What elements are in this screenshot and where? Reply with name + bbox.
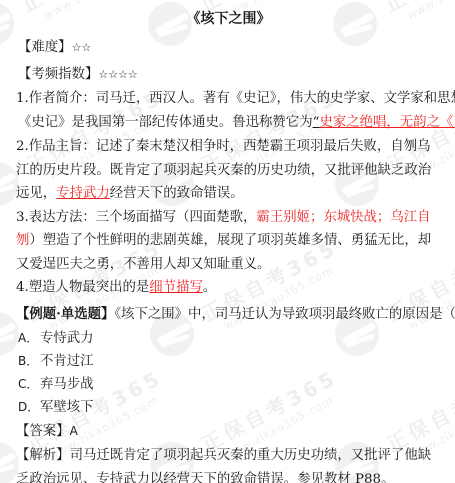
option-a: A．专恃武力 [18, 327, 439, 350]
answer-value: A [70, 424, 78, 438]
document-body: 《垓下之围》 【难度】☆☆ 【考频指数】☆☆☆☆ 1.作者简介：司马迁，西汉人。… [0, 0, 455, 483]
analysis-paragraph: 【解析】司马迁既肯定了项羽起兵灭秦的重大历史功绩，又批评了他缺乏政治远见、专持武… [16, 444, 439, 483]
difficulty-label: 【难度】 [18, 40, 72, 55]
document-title: 《垓下之围》 [18, 0, 439, 30]
question-text: 《垓下之围》中，司马迁认为导致项羽最终败亡的原因是（ ）。 [114, 307, 455, 322]
option-c: C．弃马步战 [18, 373, 439, 396]
point-1-shiji: 《史记》是我国第一部纪传体通史。鲁迅称赞它为“史家之绝唱，无韵之《离骚》”。 [18, 111, 439, 135]
answer-row: 【答案】A [16, 419, 439, 444]
frequency-label: 【考频指数】 [18, 67, 98, 82]
highlight-xijie-miaoxie: 细节描写 [149, 280, 203, 295]
frequency-stars-icon: ☆☆☆☆ [98, 68, 137, 81]
difficulty-row: 【难度】☆☆ [18, 36, 439, 60]
point-4-character: 4.塑造人物最突出的是细节描写。 [16, 276, 439, 300]
point-2-theme: 2.作品主旨：记述了秦末楚汉相争时，西楚霸王项羽最后失败，自刎乌江的历史片段。既… [16, 135, 439, 206]
frequency-row: 【考频指数】☆☆☆☆ [18, 63, 439, 87]
answer-label: 【答案】 [16, 424, 70, 439]
option-b: B．不肯过江 [18, 350, 439, 373]
question-stem: 【例题·单选题】《垓下之围》中，司马迁认为导致项羽最终败亡的原因是（ ）。 [16, 302, 439, 327]
question-label: 【例题·单选题】 [16, 306, 114, 322]
option-d: D．军壁垓下 [18, 396, 439, 419]
analysis-text: 司马迁既肯定了项羽起兵灭秦的重大历史功绩，又批评了他缺乏政治远见、专持武力以经营… [16, 448, 431, 483]
analysis-label: 【解析】 [16, 448, 70, 463]
point-1-author: 1.作者简介：司马迁，西汉人。著有《史记》，伟大的史学家、文学家和思想家。 [16, 87, 439, 111]
highlight-zhuanshi-wuli: 专持武力 [56, 186, 110, 201]
difficulty-stars-icon: ☆☆ [72, 41, 92, 54]
highlight-shijia-juechang: 史家之绝唱，无韵之《离骚》 [319, 115, 455, 130]
point-3-method: 3.表达方法：三个场面描写（四面楚歌，霸王别姬；东城快战；乌江自刎）塑造了个性鲜… [16, 206, 439, 277]
